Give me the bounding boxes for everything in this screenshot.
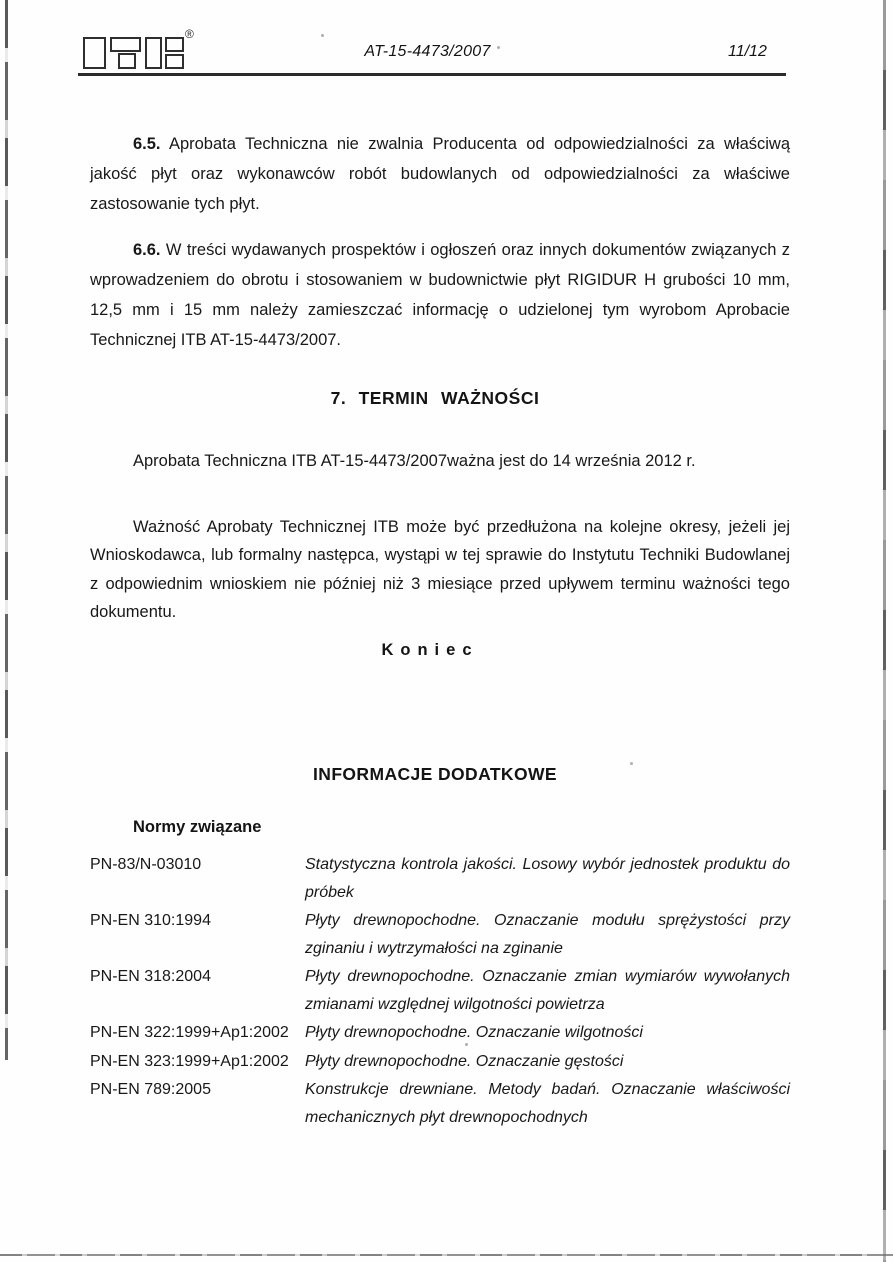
section-7-title: 7. TERMIN WAŻNOŚCI (90, 388, 780, 409)
norm-code: PN-EN 310:1994 (90, 907, 305, 962)
norm-title: Statystyczna kontrola jakości. Losowy wy… (305, 851, 790, 906)
norm-code: PN-EN 322:1999+Ap1:2002 (90, 1019, 305, 1047)
norm-title: Konstrukcje drewniane. Metody badań. Ozn… (305, 1076, 790, 1131)
norm-title: Płyty drewnopochodne. Oznaczanie zmian w… (305, 963, 790, 1018)
header-document-number: AT-15-4473/2007 (0, 43, 855, 61)
norm-title: Płyty drewnopochodne. Oznaczanie wilgotn… (305, 1019, 790, 1047)
header-page-number: 11/12 (728, 43, 767, 61)
norm-code: PN-EN 318:2004 (90, 963, 305, 1018)
paragraph-6-5: 6.5. Aprobata Techniczna nie zwalnia Pro… (90, 129, 790, 219)
paragraph-6-6-text: W treści wydawanych prospektów i ogłosze… (90, 241, 790, 349)
paragraph-6-5-text: Aprobata Techniczna nie zwalnia Producen… (90, 135, 790, 213)
related-norms-heading: Normy związane (133, 818, 261, 837)
paragraph-6-6-number: 6.6. (133, 241, 161, 259)
norm-title: Płyty drewnopochodne. Oznaczanie modułu … (305, 907, 790, 962)
paragraph-6-6: 6.6. W treści wydawanych prospektów i og… (90, 235, 790, 355)
related-norms-table: PN-83/N-03010 Statystyczna kontrola jako… (90, 851, 790, 1131)
registered-trademark-icon: ® (185, 27, 194, 41)
end-of-document-label: Koniec (90, 641, 770, 660)
norm-code: PN-EN 323:1999+Ap1:2002 (90, 1048, 305, 1076)
header-divider (78, 73, 786, 76)
scan-edge-left (5, 0, 8, 1060)
scan-edge-bottom (0, 1254, 893, 1256)
paragraph-6-5-number: 6.5. (133, 135, 161, 153)
norm-title: Płyty drewnopochodne. Oznaczanie gęstośc… (305, 1048, 790, 1076)
extension-paragraph: Ważność Aprobaty Technicznej ITB może by… (90, 513, 790, 627)
validity-paragraph: Aprobata Techniczna ITB AT-15-4473/2007w… (90, 452, 790, 471)
additional-info-title: INFORMACJE DODATKOWE (90, 764, 780, 785)
document-page: ® AT-15-4473/2007 11/12 6.5. Aprobata Te… (0, 0, 893, 1262)
scan-edge-right (883, 0, 886, 1262)
scan-speckle (321, 34, 324, 37)
norm-code: PN-EN 789:2005 (90, 1076, 305, 1131)
norm-code: PN-83/N-03010 (90, 851, 305, 906)
